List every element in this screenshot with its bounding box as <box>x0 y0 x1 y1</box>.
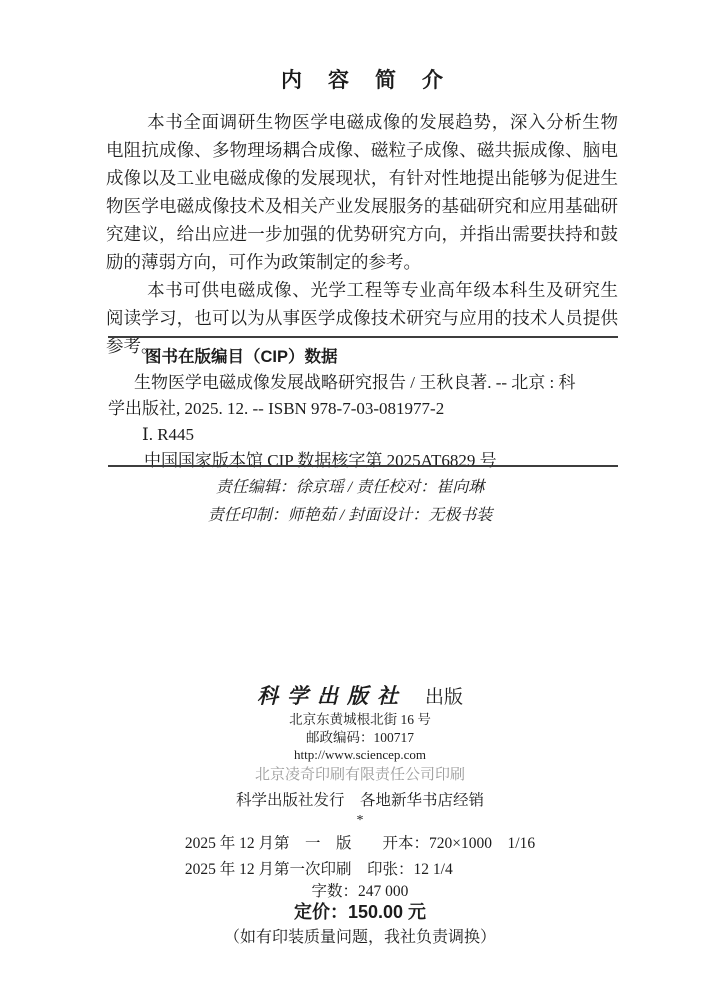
cip-line: 学出版社, 2025. 12. -- ISBN 978-7-03-081977-… <box>108 396 618 422</box>
cip-top-rule <box>108 336 618 338</box>
cip-line: 生物医学电磁成像发展战略研究报告 / 王秋良著. -- 北京 : 科 <box>134 370 618 396</box>
publisher-suffix: 出版 <box>425 687 463 708</box>
cip-line: 中国国家版本馆 CIP 数据核字第 2025AT6829 号 <box>144 448 618 474</box>
edition-block: 2025 年 12 月第 一 版 开本：720×1000 1/16 2025 年… <box>185 831 535 883</box>
cip-heading: 图书在版编目（CIP）数据 <box>145 344 618 370</box>
divider-asterisk: * <box>0 815 720 827</box>
printing-line: 2025 年 12 月第一次印刷 印张：12 1/4 <box>185 857 535 883</box>
cip-bottom-rule <box>108 465 618 467</box>
abstract-title: 内容简介 <box>106 64 618 94</box>
abstract-paragraph-1: 本书全面调研生物医学电磁成像的发展趋势，深入分析生物电阻抗成像、多物理场耦合成像… <box>106 108 618 276</box>
price-line: 定价：150.00 元 <box>0 901 720 923</box>
distribution-line: 科学出版社发行 各地新华书店经销 <box>0 791 720 811</box>
edition-line: 2025 年 12 月第 一 版 开本：720×1000 1/16 <box>185 831 535 857</box>
credits-section: 责任编辑：徐京瑶 / 责任校对：崔向琳 责任印制：师艳茹 / 封面设计：无极书装 <box>0 474 720 530</box>
exchange-notice: （如有印装质量问题，我社负责调换） <box>0 928 720 948</box>
publisher-address: 北京东黄城根北街 16 号 <box>0 711 720 729</box>
publisher-line: 科学出版社 出版 <box>0 684 720 711</box>
book-copyright-page: 内容简介 本书全面调研生物医学电磁成像的发展趋势，深入分析生物电阻抗成像、多物理… <box>0 0 720 1000</box>
cip-block: 图书在版编目（CIP）数据 生物医学电磁成像发展战略研究报告 / 王秋良著. -… <box>108 344 618 474</box>
cip-line: Ⅰ. R445 <box>142 422 618 448</box>
publisher-logo: 科学出版社 <box>257 684 407 708</box>
colophon-section: 科学出版社 出版 北京东黄城根北街 16 号 邮政编码：100717 http:… <box>0 684 720 948</box>
publisher-postcode: 邮政编码：100717 <box>0 729 720 747</box>
credits-line-production: 责任印制：师艳茹 / 封面设计：无极书装 <box>0 502 700 530</box>
printer-line: 北京凌奇印刷有限责任公司印刷 <box>0 765 720 785</box>
abstract-section: 内容简介 本书全面调研生物医学电磁成像的发展趋势，深入分析生物电阻抗成像、多物理… <box>106 64 618 360</box>
credits-line-editors: 责任编辑：徐京瑶 / 责任校对：崔向琳 <box>0 474 700 502</box>
publisher-website: http://www.sciencep.com <box>0 747 720 762</box>
word-count-line: 字数：247 000 <box>0 883 720 901</box>
